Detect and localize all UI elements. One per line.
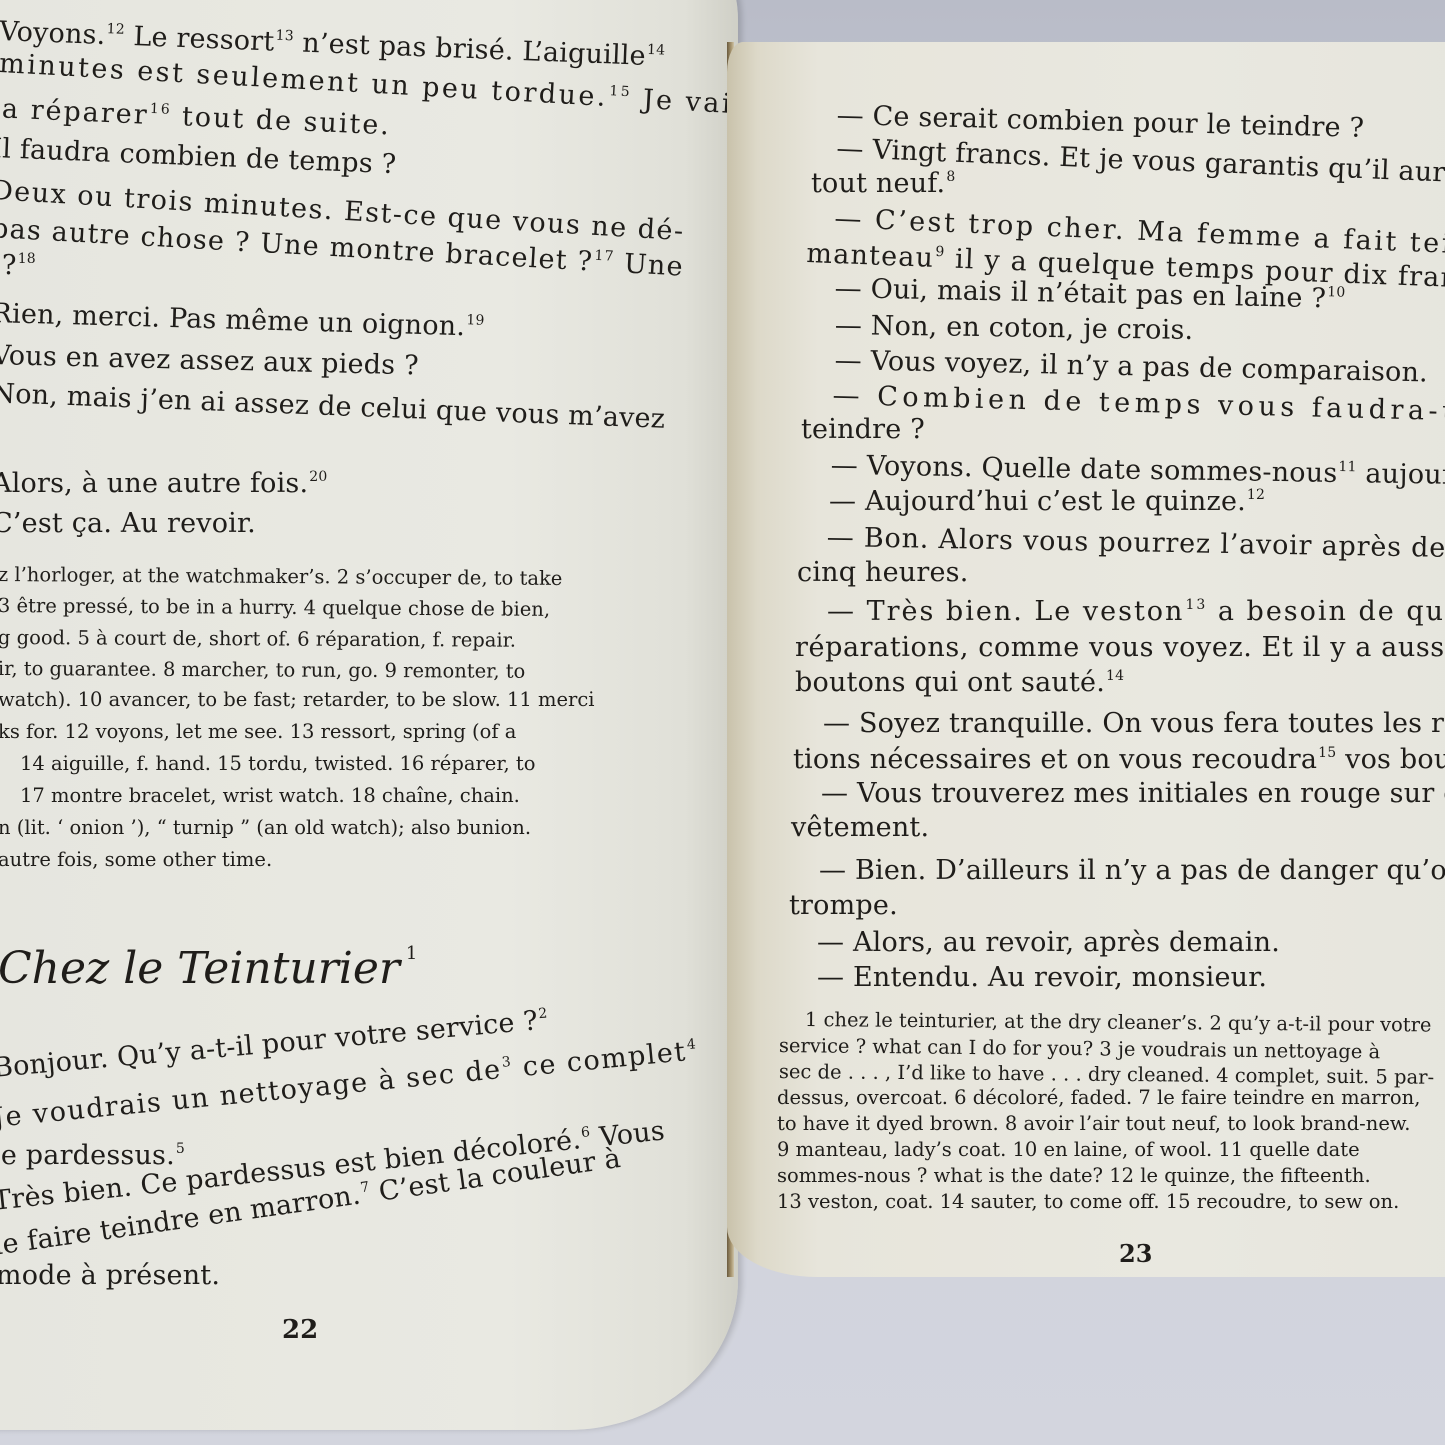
dialogue-line: — Alors, au revoir, après demain. <box>817 929 1280 956</box>
line-text: Le ressort <box>124 21 275 58</box>
line-text: Il faudra combien de temps ? <box>0 133 397 180</box>
dialogue-line: — Entendu. Au revoir, monsieur. <box>817 964 1267 991</box>
footnote-line: n (lit. ‘ onion ’), “ turnip ” (an old w… <box>0 818 531 838</box>
right-page: — Ce serait combien pour le teindre ? — … <box>727 42 1445 1277</box>
dialogue-line: trompe. <box>789 892 898 919</box>
dialogue-line: — Vous trouverez mes initiales en rouge … <box>821 780 1445 807</box>
dialogue-line: réparations, comme vous voyez. Et il y a… <box>795 634 1445 661</box>
dialogue-line: Vous en avez assez aux pieds ? <box>0 342 419 379</box>
line-text: Une <box>613 248 684 283</box>
footnote-line: autre fois, some other time. <box>0 850 272 870</box>
dialogue-line: cinq heures. <box>797 559 969 586</box>
line-text: n’est pas brisé. L’aiguille <box>293 27 646 72</box>
line-text: — Bien. D’ailleurs il n’y a pas de dange… <box>819 855 1445 886</box>
dialogue-line: — Vous voyez, il n’y a pas de comparaiso… <box>834 347 1428 386</box>
dialogue-line: ?18 <box>2 252 36 279</box>
line-text: cinq heures. <box>797 557 969 588</box>
footnote-ref: 17 <box>594 248 615 265</box>
dialogue-line: tions nécessaires et on vous recoudra15 … <box>793 746 1445 773</box>
line-text: a besoin de quelques <box>1207 596 1445 627</box>
footnote-line: 3 être pressé, to be in a hurry. 4 quelq… <box>0 596 550 619</box>
page-number: 22 <box>282 1317 318 1343</box>
footnote-ref: 15 <box>609 83 633 100</box>
footnote-ref: 14 <box>1106 668 1124 684</box>
line-text: la réparer <box>0 93 149 131</box>
dialogue-line: — Bien. D’ailleurs il n’y a pas de dange… <box>819 857 1445 884</box>
line-text: Je vais <box>631 83 738 121</box>
line-text: C’est ça. Au revoir. <box>0 508 256 539</box>
dialogue-line: — Aujourd’hui c’est le quinze.12 <box>829 488 1265 515</box>
footnote-ref: 10 <box>1327 284 1346 300</box>
section-title: Chez le Teinturier1 <box>0 945 417 991</box>
footnote-ref: 4 <box>686 1036 698 1053</box>
dialogue-line: le pardessus.5 <box>0 1142 185 1169</box>
footnote-line: g good. 5 à court de, short of. 6 répara… <box>0 628 516 650</box>
line-text: — Non, en coton, je crois. <box>835 310 1194 346</box>
footnote-line: 14 aiguille, f. hand. 15 tordu, twisted.… <box>20 754 535 774</box>
line-text: la mode à présent. <box>0 1260 220 1291</box>
dialogue-line: boutons qui ont sauté.14 <box>795 669 1124 696</box>
footnote-line: dessus, overcoat. 6 décoloré, faded. 7 l… <box>777 1088 1420 1108</box>
footnote-ref: 11 <box>1338 459 1356 475</box>
footnote-line: service ? what can I do for you? 3 je vo… <box>779 1036 1380 1062</box>
dialogue-line: Alors, à une autre fois.20 <box>0 470 327 497</box>
line-text: tout de suite. <box>171 101 392 142</box>
line-text: vos boutons. <box>1336 744 1445 775</box>
line-text: — Vous trouverez mes initiales en rouge … <box>821 778 1445 809</box>
line-text: le pardessus. <box>0 1140 175 1171</box>
line-text: vêtement. <box>791 812 929 843</box>
line-text: teindre ? <box>801 414 925 445</box>
line-text: Non, mais j’en ai assez de celui que vou… <box>0 378 666 435</box>
dialogue-line: teindre ? <box>801 416 925 443</box>
footnote-ref: 5 <box>176 1141 185 1157</box>
footnote-ref: 20 <box>309 469 327 485</box>
dialogue-line: Il faudra combien de temps ? <box>0 135 397 178</box>
dialogue-line: vêtement. <box>791 814 929 841</box>
footnote-ref: 16 <box>150 101 173 118</box>
line-text: Voyons. <box>0 16 106 51</box>
footnote-ref: 14 <box>647 42 666 59</box>
footnote-line: 13 veston, coat. 14 sauter, to come off.… <box>777 1192 1399 1212</box>
footnote-ref: 1 <box>406 943 417 964</box>
dialogue-line: Rien, merci. Pas même un oignon.19 <box>0 300 485 341</box>
footnote-ref: 13 <box>1185 597 1207 613</box>
line-text: ? <box>2 250 17 281</box>
line-text: ce complet <box>511 1036 688 1084</box>
left-page: Voyons.12 Le ressort13 n’est pas brisé. … <box>0 0 738 1430</box>
footnote-ref: 9 <box>935 244 946 260</box>
dialogue-line: la mode à présent. <box>0 1262 220 1289</box>
footnote-ref: 12 <box>106 21 125 38</box>
footnote-line: watch). 10 avancer, to be fast; retarder… <box>0 690 594 710</box>
dialogue-line: Non, mais j’en ai assez de celui que vou… <box>0 380 666 433</box>
footnote-ref: 19 <box>466 312 485 329</box>
line-text: Alors, à une autre fois. <box>0 468 308 499</box>
section-title-text: Chez le Teinturier <box>0 943 400 994</box>
footnote-line: ks for. 12 voyons, let me see. 13 ressor… <box>0 722 516 742</box>
line-text: boutons qui ont sauté. <box>795 667 1105 698</box>
line-text: manteau <box>806 238 935 274</box>
footnote-line: to have it dyed brown. 8 avoir l’air tou… <box>777 1114 1410 1134</box>
line-text: — Aujourd’hui c’est le quinze. <box>829 486 1246 517</box>
line-text: — Très bien. Le veston <box>827 596 1184 627</box>
footnote-ref: 13 <box>275 28 294 45</box>
dialogue-line: C’est ça. Au revoir. <box>0 510 256 537</box>
footnote-line: z l’horloger, at the watchmaker’s. 2 s’o… <box>0 565 562 588</box>
line-text: — Entendu. Au revoir, monsieur. <box>817 962 1267 993</box>
footnote-line: 9 manteau, lady’s coat. 10 en laine, of … <box>777 1140 1360 1160</box>
line-text: trompe. <box>789 890 898 921</box>
line-text: tions nécessaires et on vous recoudra <box>793 744 1317 775</box>
line-text: aujourd’hui <box>1356 458 1445 492</box>
line-text: — Soyez tranquille. On vous fera toutes … <box>823 708 1445 739</box>
footnote-line: sommes-nous ? what is the date? 12 le qu… <box>777 1166 1371 1186</box>
line-text: tout neuf. <box>811 168 945 199</box>
line-text: — Voyons. Quelle date sommes-nous <box>831 450 1338 489</box>
line-text: réparations, comme vous voyez. Et il y a… <box>795 632 1445 663</box>
footnote-line: 17 montre bracelet, wrist watch. 18 chaî… <box>20 786 520 806</box>
footnote-ref: 18 <box>18 251 36 267</box>
line-text: — Alors, au revoir, après demain. <box>817 927 1280 958</box>
dialogue-line: — Voyons. Quelle date sommes-nous11 aujo… <box>831 452 1445 490</box>
footnote-ref: 15 <box>1318 745 1336 761</box>
dialogue-line: la réparer16 tout de suite. <box>0 95 391 139</box>
footnote-ref: 2 <box>538 1005 548 1022</box>
footnote-line: 1 chez le teinturier, at the dry cleaner… <box>805 1010 1432 1035</box>
footnote-line: sec de . . . , I’d like to have . . . dr… <box>779 1062 1434 1087</box>
dialogue-line: — Très bien. Le veston13 a besoin de que… <box>827 598 1445 625</box>
dialogue-line: tout neuf.8 <box>811 170 955 197</box>
page-number: 23 <box>1119 1242 1152 1266</box>
footnote-ref: 12 <box>1247 487 1265 503</box>
line-text: Vous en avez assez aux pieds ? <box>0 340 419 381</box>
dialogue-line: — Non, en coton, je crois. <box>835 312 1194 344</box>
line-text: Rien, merci. Pas même un oignon. <box>0 298 466 342</box>
dialogue-line: — Soyez tranquille. On vous fera toutes … <box>823 710 1445 737</box>
footnote-line: ir, to guarantee. 8 marcher, to run, go.… <box>0 659 525 681</box>
footnote-ref: 8 <box>946 169 955 185</box>
